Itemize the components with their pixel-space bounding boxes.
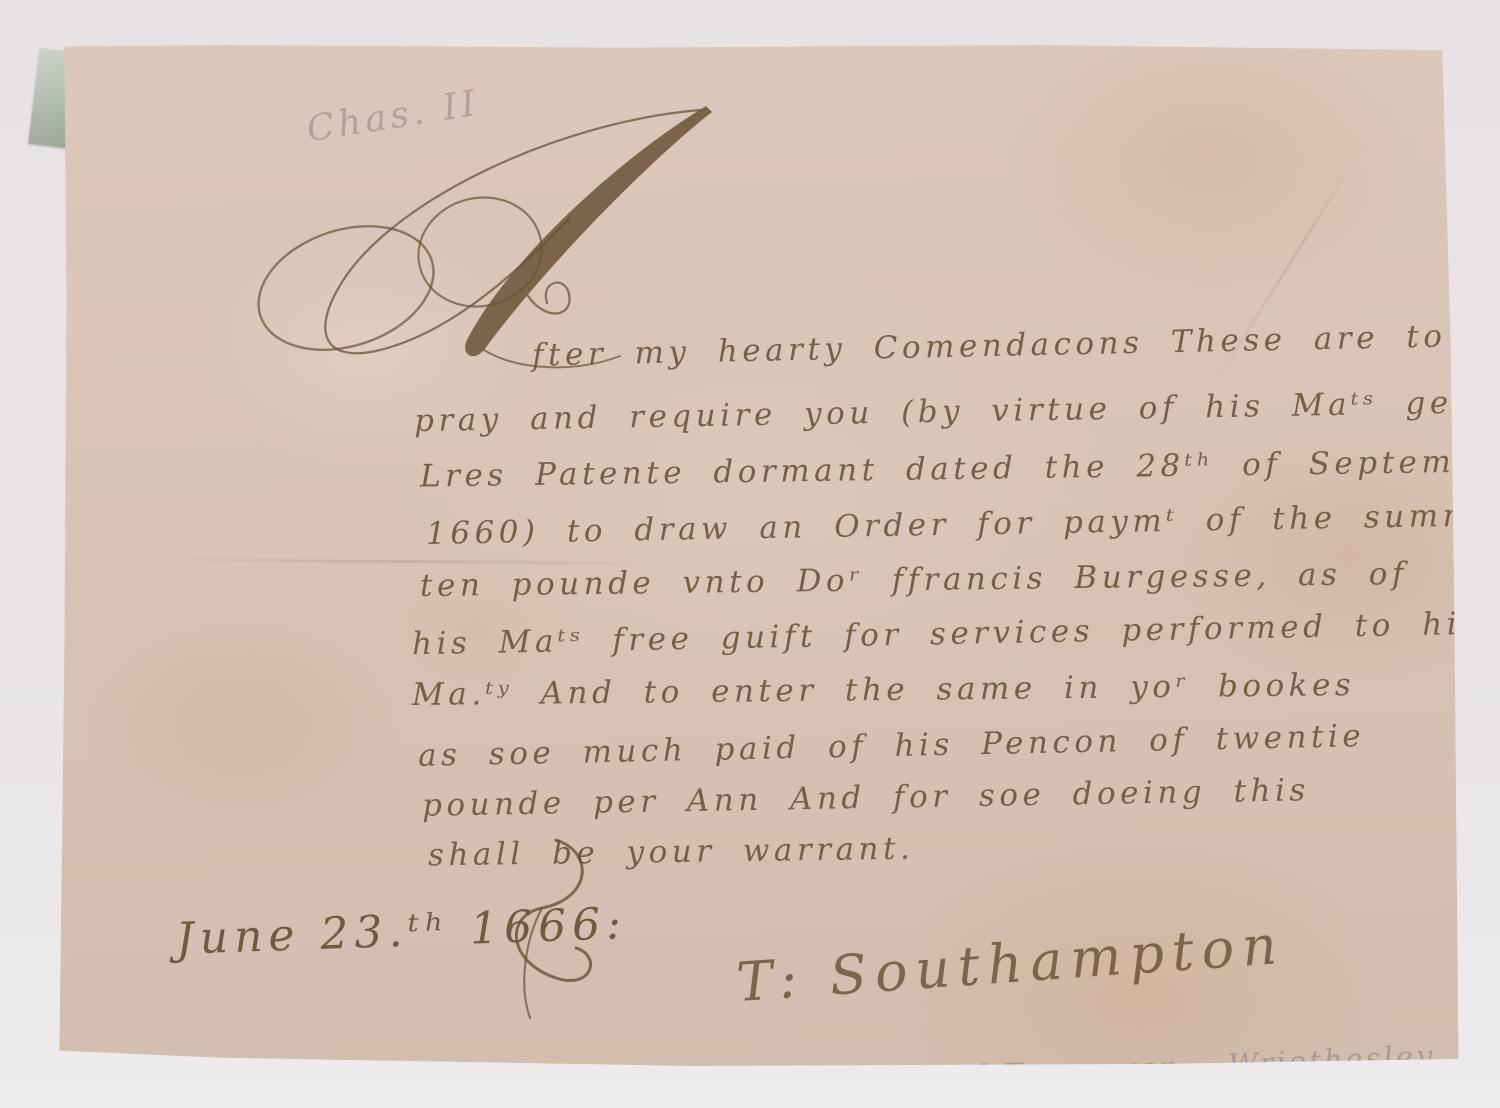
manuscript-line: his Maᵗˢ free guift for services perform… [412,606,1482,663]
manuscript-line: pounde per Ann And for soe doeing this [422,772,1310,823]
manuscript-line: as soe much paid of his Pencon of twenti… [418,718,1366,774]
manuscript-line: 1660) to draw an Order for paymᵗ of the … [426,496,1500,552]
manuscript-line: Lres Patente dormant dated the 28ᵗʰ of S… [420,443,1495,494]
crease-line [128,558,688,565]
photo-background: Chas. II fter my hearty Comendacons Thes… [0,0,1500,1108]
manuscript-line: pray and require you (by virtue of his M… [414,383,1500,439]
pencil-note-bottom: Lord Treasurer ~ Wriothesley [910,1039,1436,1096]
date-flourish [478,834,608,1024]
manuscript-line: Ma.ᵗʸ And to enter the same in yoʳ booke… [412,667,1356,713]
manuscript-paper: Chas. II fter my hearty Comendacons Thes… [58,44,1462,1066]
signature-southampton: T: Southampton [734,913,1286,1014]
